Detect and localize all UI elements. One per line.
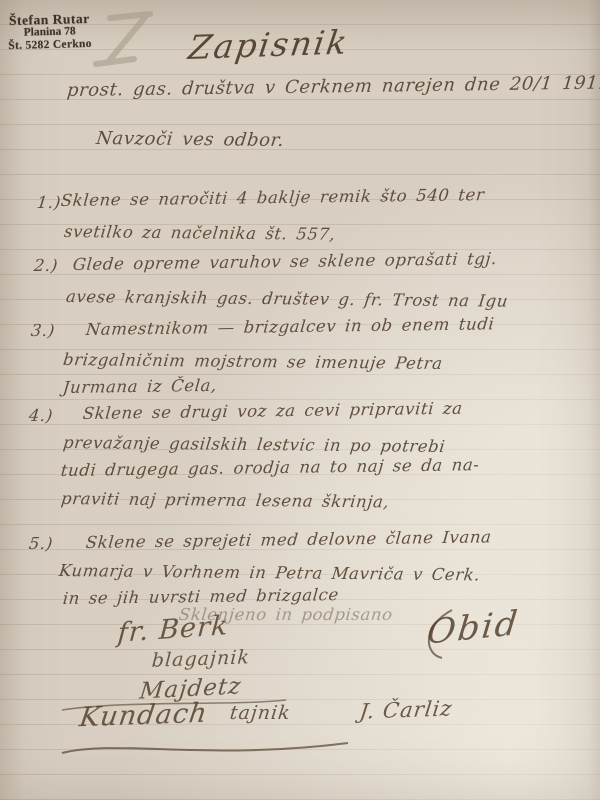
scanned-document-page: Štefan Rutar Planina 78 Št. 5282 Cerkno … — [0, 0, 600, 800]
item-line: tudi drugega gas. orodja na to naj se da… — [60, 455, 480, 480]
item-number: 3.) — [30, 321, 56, 340]
item-number: 2.) — [33, 256, 59, 275]
item-line: Sklene se naročiti 4 baklje remik što 54… — [60, 185, 485, 210]
signature-kundach: Kundach — [77, 698, 209, 733]
item-line: svetilko za načelnika št. 557, — [63, 222, 337, 244]
signature-role-blagajnik: blagajnik — [151, 646, 251, 671]
signature-carliz: J. Čarliz — [358, 696, 454, 723]
attendance-line: Navzoči ves odbor. — [95, 128, 285, 151]
item-line: Jurmana iz Čela, — [62, 376, 218, 397]
document-title: Zapisnik — [186, 22, 351, 67]
signature-berk: fr. Berk — [117, 610, 230, 649]
page-number-mark-icon — [88, 2, 168, 77]
item-line: Namestnikom — brizgalcev in ob enem tudi — [85, 314, 495, 339]
item-number: 4.) — [28, 406, 54, 425]
item-line: Sklene se sprejeti med delovne člane Iva… — [85, 527, 493, 552]
signature-flourish-icon — [412, 606, 472, 666]
item-number: 1.) — [36, 193, 62, 212]
item-line: Kumarja v Vorhnem in Petra Mavriča v Cer… — [58, 561, 481, 584]
item-line: Glede opreme varuhov se sklene oprašati … — [72, 249, 498, 274]
signature-role-tajnik: tajnik — [229, 702, 292, 724]
owner-stamp: Štefan Rutar Planina 78 Št. 5282 Cerkno — [8, 12, 92, 53]
item-line: Sklene se drugi voz za cevi pripraviti z… — [82, 399, 464, 423]
item-line: brizgalničnim mojstrom se imenuje Petra — [62, 350, 444, 373]
item-number: 5.) — [28, 534, 54, 553]
signature-underline-flourish-icon — [58, 735, 358, 765]
item-line: prevažanje gasilskih lestvic in po potre… — [62, 433, 446, 456]
stamp-line-town: Št. 5282 Cerkno — [8, 38, 92, 53]
item-line: avese kranjskih gas. društev g. fr. Tros… — [65, 287, 509, 311]
item-line: praviti naj primerna lesena škrinja, — [60, 489, 390, 511]
stamp-line-name: Štefan Rutar — [8, 12, 92, 27]
